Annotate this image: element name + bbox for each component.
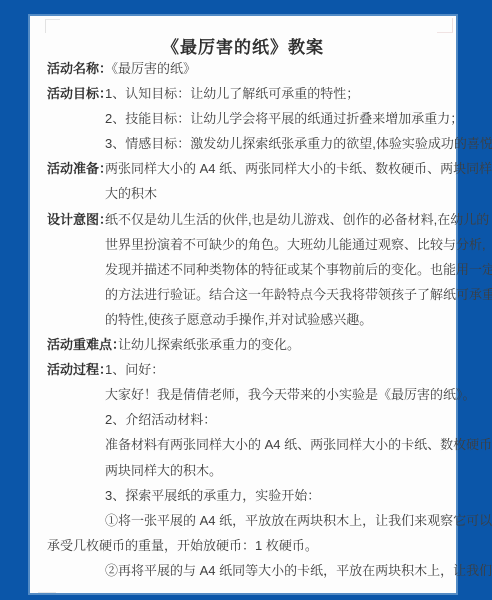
- activity-name-row: 活动名称：《最厉害的纸》: [47, 56, 454, 81]
- process-label: 活动过程：: [47, 357, 105, 382]
- design-intent-label: 设计意图：: [47, 207, 105, 232]
- process-line: ①将一张平展的 A4 纸，平放放在两块积木上，让我们来观察它可以: [105, 508, 454, 533]
- blue-border-background: 《最厉害的纸》教案 活动名称：《最厉害的纸》 活动目标：1、认知目标：让幼儿了解…: [0, 0, 492, 600]
- process-line: 3、探索平展纸的承重力，实验开始：: [105, 483, 454, 508]
- goals-label: 活动目标：: [47, 81, 105, 106]
- goal-line: 3、情感目标：激发幼儿探索纸张承重力的欲望,体验实验成功的喜悦。: [105, 131, 454, 156]
- design-intent-line: 的方法进行验证。结合这一年龄特点今天我将带领孩子了解纸可承重: [105, 282, 454, 307]
- preparation-label: 活动准备：: [47, 156, 105, 181]
- goals-row: 活动目标：1、认知目标：让幼儿了解纸可承重的特性；: [47, 81, 454, 106]
- key-points-row: 活动重难点：让幼儿探索纸张承重力的变化。: [47, 332, 454, 357]
- process-line: 2、介绍活动材料：: [105, 407, 454, 432]
- process-line: ②再将平展的与 A4 纸同等大小的卡纸，平放在两块积木上，让我们: [105, 558, 454, 583]
- design-intent-line: 发现并描述不同种类物体的特征或某个事物前后的变化。也能用一定: [105, 257, 454, 282]
- design-intent-line: 世界里扮演着不可缺少的角色。大班幼儿能通过观察、比较与分析,: [105, 232, 454, 257]
- goal-line: 1、认知目标：让幼儿了解纸可承重的特性；: [105, 86, 359, 101]
- activity-name-value: 《最厉害的纸》: [105, 61, 196, 76]
- activity-name-label: 活动名称：: [47, 56, 105, 81]
- preparation-line: 两张同样大小的 A4 纸、两张同样大小的卡纸、数枚硬币、两块同样: [105, 161, 492, 176]
- goal-line: 2、技能目标：让幼儿学会将平展的纸通过折叠来增加承重力；: [105, 106, 454, 131]
- design-intent-row: 设计意图：纸不仅是幼儿生活的伙伴,也是幼儿游戏、创作的必备材料,在幼儿的: [47, 207, 454, 232]
- process-row: 活动过程：1、问好：: [47, 357, 454, 382]
- design-intent-line: 纸不仅是幼儿生活的伙伴,也是幼儿游戏、创作的必备材料,在幼儿的: [105, 212, 489, 227]
- process-line: 1、问好：: [105, 362, 164, 377]
- key-points-label: 活动重难点：: [47, 332, 118, 357]
- process-line: 承受几枚硬币的重量，开始放硬币：1 枚硬币。: [47, 533, 454, 558]
- process-line: 大家好！我是倩倩老师，我今天带来的小实验是《最厉害的纸》。: [105, 382, 454, 407]
- process-line: 准备材料有两张同样大小的 A4 纸、两张同样大小的卡纸、数枚硬币、: [105, 432, 454, 457]
- process-line: 两块同样大的积木。: [105, 458, 454, 483]
- document-body: 活动名称：《最厉害的纸》 活动目标：1、认知目标：让幼儿了解纸可承重的特性； 2…: [47, 56, 454, 583]
- design-intent-line: 的特性,使孩子愿意动手操作,并对试验感兴趣。: [105, 307, 454, 332]
- key-points-value: 让幼儿探索纸张承重力的变化。: [118, 337, 300, 352]
- page-title: 《最厉害的纸》教案: [30, 33, 456, 58]
- lesson-plan-page: 《最厉害的纸》教案 活动名称：《最厉害的纸》 活动目标：1、认知目标：让幼儿了解…: [30, 16, 456, 593]
- preparation-row: 活动准备：两张同样大小的 A4 纸、两张同样大小的卡纸、数枚硬币、两块同样: [47, 156, 454, 181]
- preparation-line: 大的积木: [105, 181, 454, 206]
